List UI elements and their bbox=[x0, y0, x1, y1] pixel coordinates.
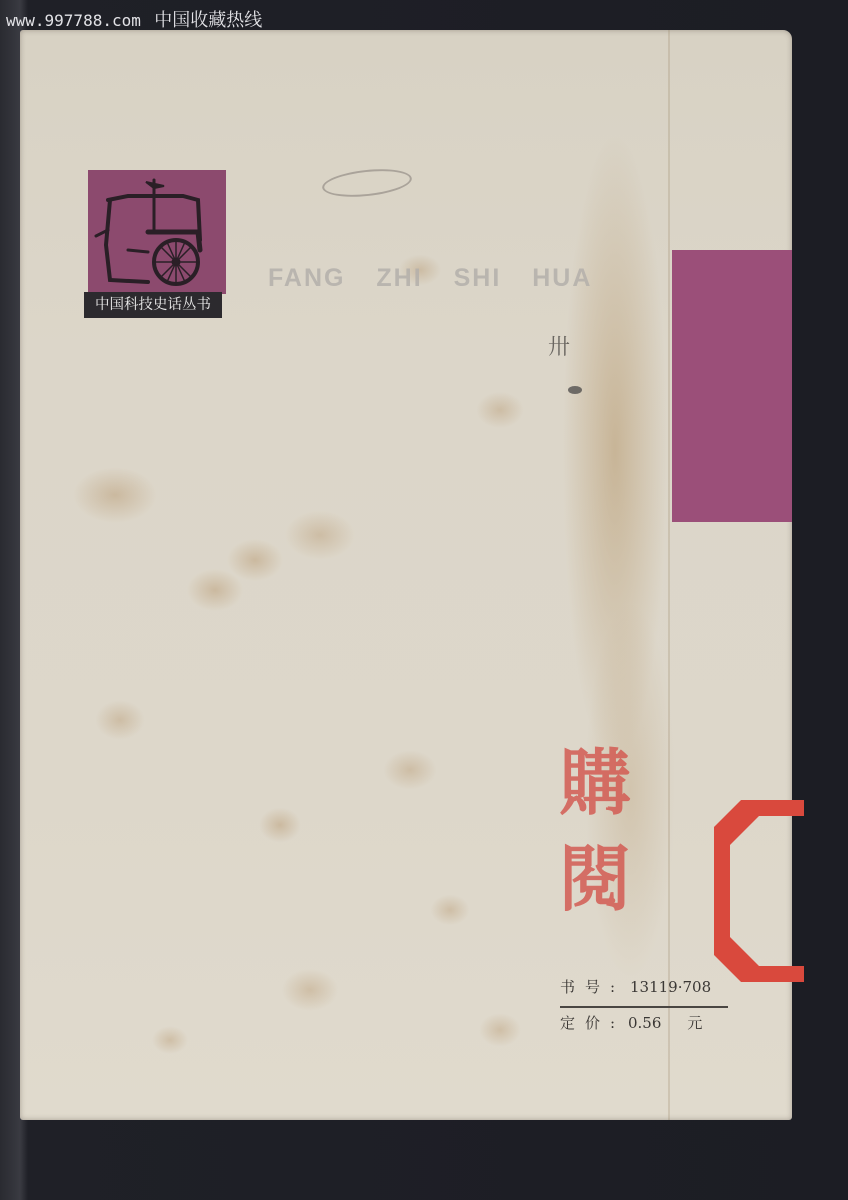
pencil-scribble bbox=[321, 165, 413, 200]
price: 0.56 bbox=[628, 1014, 661, 1032]
ink-smudge bbox=[568, 386, 582, 394]
publication-divider bbox=[560, 1006, 728, 1008]
stamp-char-1: 購 bbox=[555, 735, 635, 831]
book-number-row: 书号: 13119·708 bbox=[560, 976, 730, 1004]
red-seal-stamp: 購 閱 bbox=[555, 735, 635, 927]
book-number: 13119·708 bbox=[630, 978, 711, 996]
stamp-char-2: 閱 bbox=[555, 831, 635, 927]
pinyin-title: FANG ZHI SHI HUA bbox=[268, 264, 592, 293]
price-unit: 元 bbox=[687, 1012, 702, 1033]
spine-fold bbox=[668, 30, 670, 1120]
handwritten-mark: 卅 bbox=[548, 330, 570, 361]
magenta-spine-label bbox=[672, 250, 792, 522]
book-number-label: 书号: bbox=[560, 976, 630, 997]
chariot-icon bbox=[88, 170, 226, 294]
watermark: www.997788.com 中国收藏热线 bbox=[6, 6, 262, 32]
price-row: 定价: 0.56 元 bbox=[560, 1012, 730, 1040]
watermark-site-name: 中国收藏热线 bbox=[154, 10, 262, 31]
series-title: 中国科技史话丛书 bbox=[84, 292, 222, 318]
watermark-url: www.997788.com bbox=[6, 11, 141, 30]
book-back-cover: 中国科技史话丛书 FANG ZHI SHI HUA 卅 購 閱 书号: 1311… bbox=[20, 30, 792, 1120]
publication-info: 书号: 13119·708 定价: 0.56 元 bbox=[560, 976, 730, 1040]
series-badge-art bbox=[88, 170, 226, 294]
octagon-stamp-icon bbox=[714, 800, 804, 982]
series-badge: 中国科技史话丛书 bbox=[88, 170, 226, 320]
octagon-stamp bbox=[714, 800, 804, 982]
price-label: 定价: bbox=[560, 1012, 628, 1033]
